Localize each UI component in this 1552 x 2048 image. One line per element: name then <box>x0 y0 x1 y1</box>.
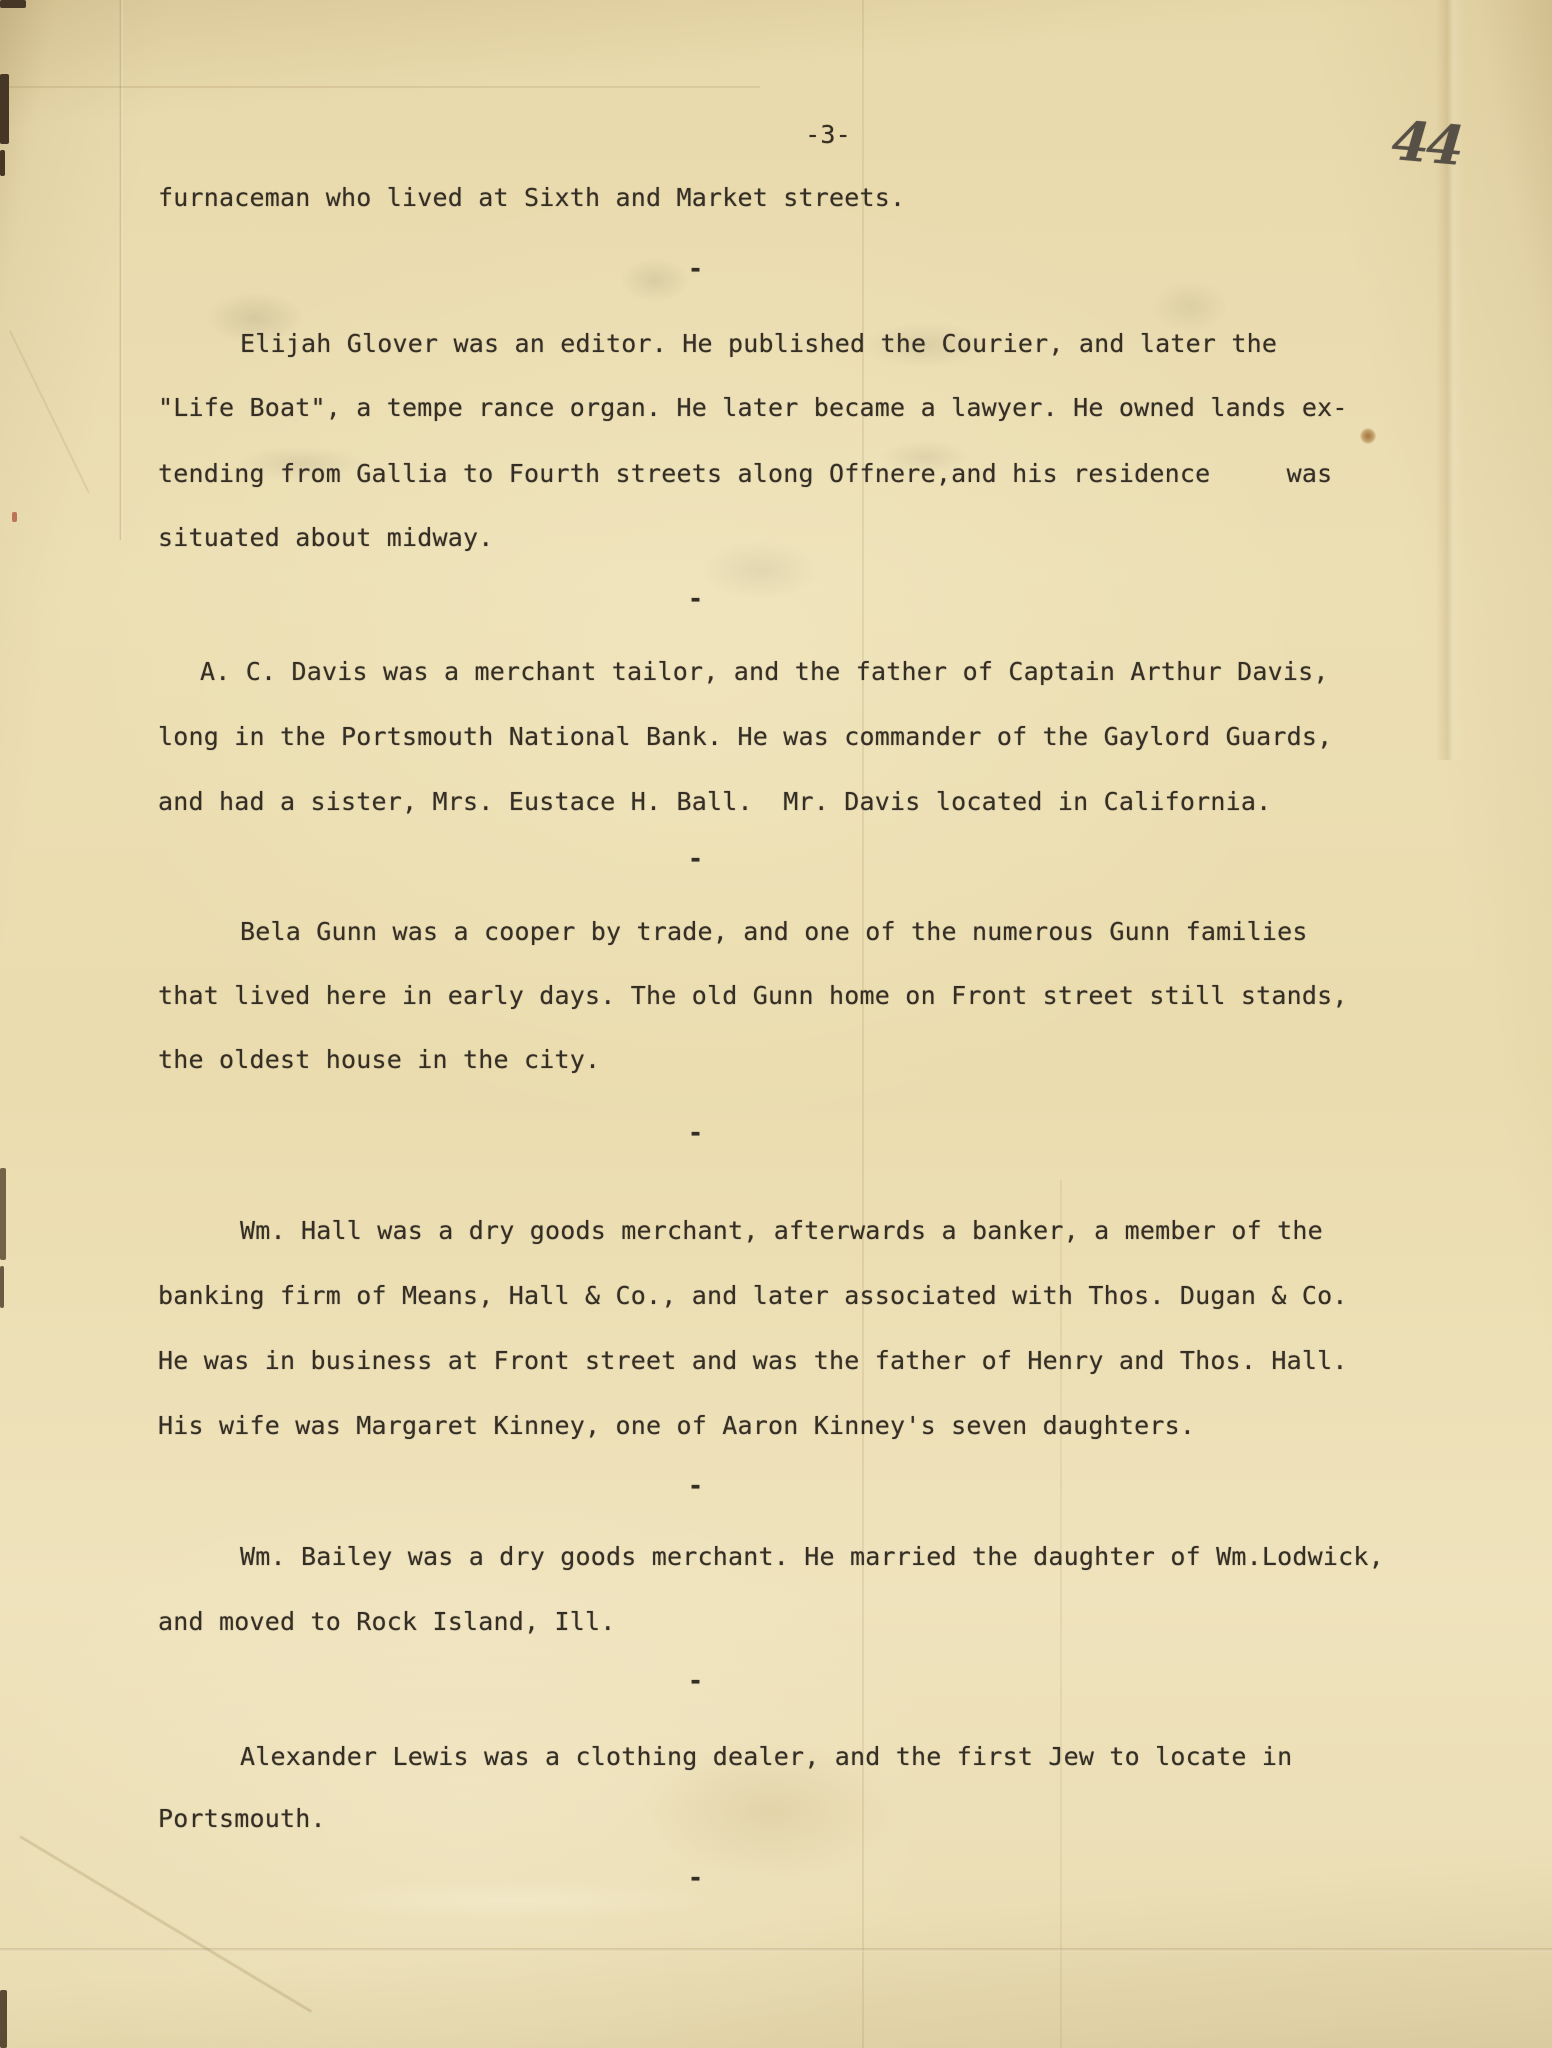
paper-smudge <box>300 1880 720 1920</box>
paper-edge-tear <box>0 150 5 176</box>
paper-edge-tear <box>0 0 26 8</box>
paper-smudge <box>700 540 820 600</box>
paper-crease <box>119 0 123 540</box>
paper-edge-tear <box>0 1266 4 1308</box>
text-line: the oldest house in the city. <box>158 1044 600 1077</box>
text-line: Portsmouth. <box>158 1803 326 1836</box>
text-line: situated about midway. <box>158 522 494 555</box>
text-line: furnaceman who lived at Sixth and Market… <box>158 182 905 215</box>
text-line: tending from Gallia to Fourth streets al… <box>158 458 1332 491</box>
section-divider-dash: - <box>688 843 703 876</box>
paper-smudge <box>620 258 690 302</box>
text-line: Wm. Hall was a dry goods merchant, after… <box>240 1215 1323 1248</box>
text-line: that lived here in early days. The old G… <box>158 980 1348 1013</box>
text-line: and moved to Rock Island, Ill. <box>158 1606 616 1639</box>
paper-crease <box>9 331 90 494</box>
text-line: long in the Portsmouth National Bank. He… <box>158 721 1332 754</box>
text-line: He was in business at Front street and w… <box>158 1345 1348 1378</box>
section-divider-dash: - <box>688 1862 703 1895</box>
handwritten-page-annotation: 44 <box>1390 113 1464 173</box>
page-number: -3- <box>805 119 851 152</box>
paper-smudge <box>1150 280 1230 334</box>
text-line: Alexander Lewis was a clothing dealer, a… <box>240 1741 1292 1774</box>
text-line: A. C. Davis was a merchant tailor, and t… <box>200 656 1329 689</box>
section-divider-dash: - <box>688 253 703 286</box>
paper-crease <box>0 1948 1552 1952</box>
document-page: -3- 44 furnaceman who lived at Sixth and… <box>0 0 1552 2048</box>
paper-edge-tear <box>0 1168 6 1260</box>
text-line: Bela Gunn was a cooper by trade, and one… <box>240 916 1308 949</box>
text-line: His wife was Margaret Kinney, one of Aar… <box>158 1410 1195 1443</box>
paper-edge-tear <box>0 74 9 144</box>
section-divider-dash: - <box>688 1665 703 1698</box>
text-line: "Life Boat", a tempe rance organ. He lat… <box>158 392 1348 425</box>
paper-crease <box>0 86 760 88</box>
text-line: Elijah Glover was an editor. He publishe… <box>240 328 1277 361</box>
section-divider-dash: - <box>688 1117 703 1150</box>
section-divider-dash: - <box>688 583 703 616</box>
section-divider-dash: - <box>688 1470 703 1503</box>
text-line: Wm. Bailey was a dry goods merchant. He … <box>240 1541 1384 1574</box>
text-line: banking firm of Means, Hall & Co., and l… <box>158 1280 1348 1313</box>
paper-mark <box>12 512 17 522</box>
text-line: and had a sister, Mrs. Eustace H. Ball. … <box>158 786 1271 819</box>
paper-crease <box>19 1835 312 2013</box>
paper-edge-tear <box>0 1990 7 2048</box>
paper-stain <box>1360 428 1376 444</box>
